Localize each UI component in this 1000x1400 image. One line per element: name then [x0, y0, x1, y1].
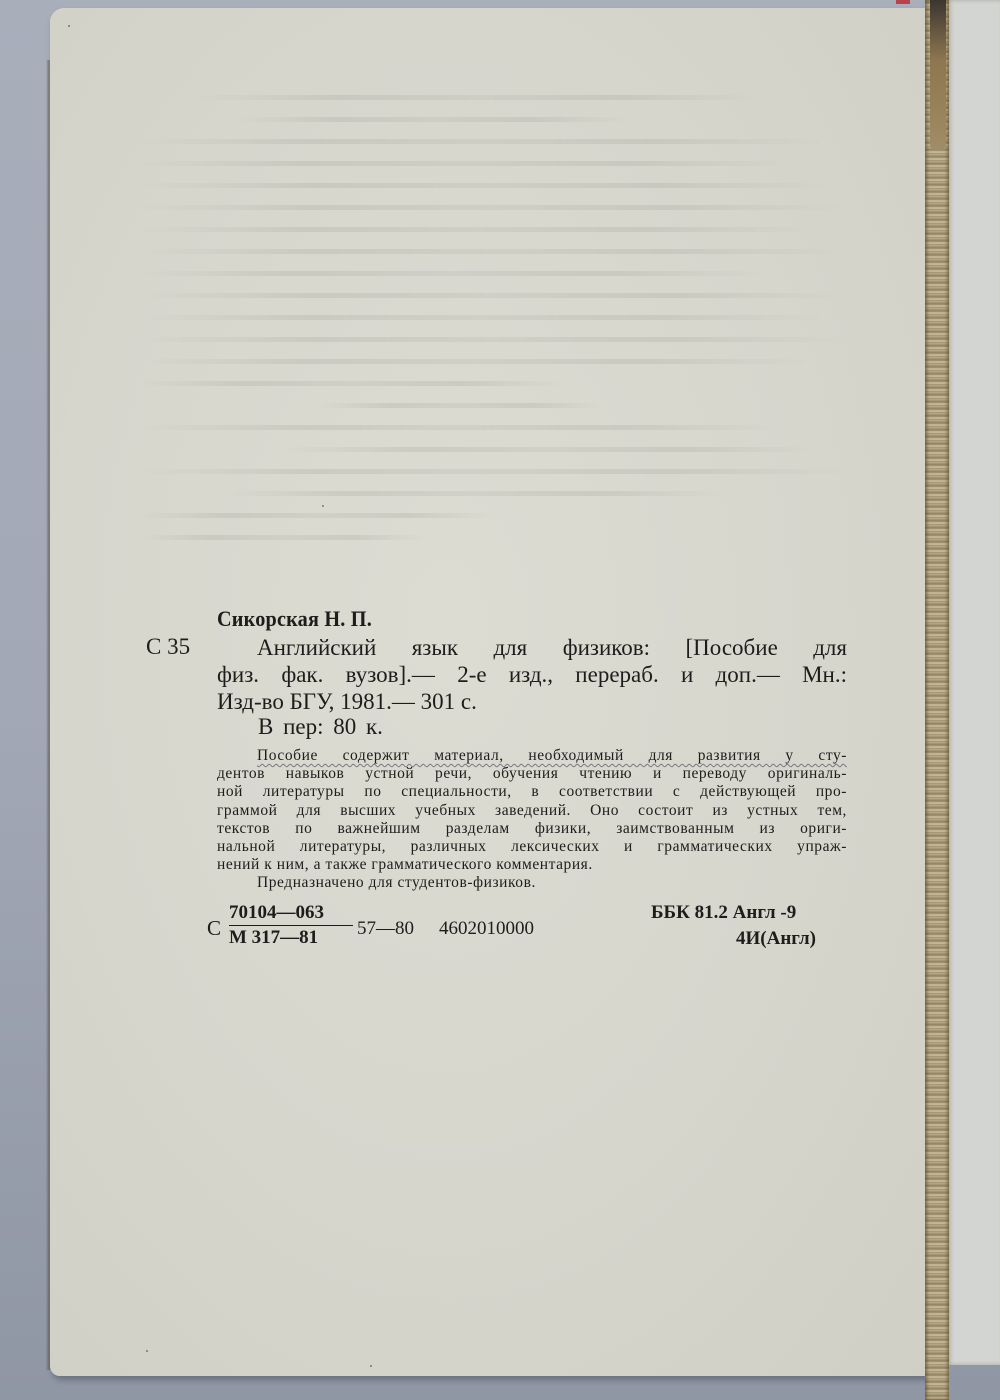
paper-speck	[146, 1350, 148, 1352]
title-description: Английский язык для физиков: [Пособие дл…	[217, 634, 847, 715]
bbk-code-secondary: 4И(Англ)	[736, 928, 816, 950]
call-number: С 35	[146, 634, 190, 660]
code-prefix: С	[207, 916, 221, 941]
abstract-line: нальной литературы, различных лексически…	[217, 838, 847, 856]
bbk-code: ББК 81.2 Англ -9	[651, 902, 796, 924]
code-suffix: 57—80	[357, 918, 414, 940]
abstract-line: текстов по важнейшим разделам физики, за…	[217, 820, 847, 838]
abstract-line: дентов навыков устной речи, обучения чте…	[217, 765, 847, 783]
paper-speck	[322, 505, 324, 507]
book-spine-binding	[925, 0, 949, 1400]
spine-top-wear	[930, 0, 946, 150]
code-number: 4602010000	[439, 918, 534, 940]
red-cover-mark	[896, 0, 910, 4]
paper-speck	[370, 1365, 372, 1367]
code-numerator: 70104—063	[229, 902, 353, 926]
title-line-3: Изд-во БГУ, 1981.— 301 с.	[217, 688, 847, 715]
abstract-line: ной литературы по специальности, в соотв…	[217, 783, 847, 801]
abstract-line: граммой для высших учебных заведений. Он…	[217, 802, 847, 820]
adjacent-page	[947, 0, 1000, 1365]
code-fraction: 70104—063 М 317—81	[229, 902, 357, 949]
abstract: Пособие содержит материал, необходимый д…	[217, 747, 847, 893]
title-line-1: Английский язык для физиков: [Пособие дл…	[217, 634, 847, 661]
abstract-line: нений к ним, а также грамматического ком…	[217, 856, 847, 874]
author-name: Сикорская Н. П.	[217, 606, 372, 632]
code-denominator: М 317—81	[229, 927, 357, 949]
audience-note: Предназначено для студентов-физиков.	[217, 874, 847, 892]
paper-speck	[68, 25, 70, 27]
price: В пер: 80 к.	[258, 714, 383, 740]
title-line-2: физ. фак. вузов].— 2-е изд., перераб. и …	[217, 661, 847, 688]
abstract-line: Пособие содержит материал, необходимый д…	[217, 747, 847, 765]
show-through-text	[140, 95, 850, 615]
